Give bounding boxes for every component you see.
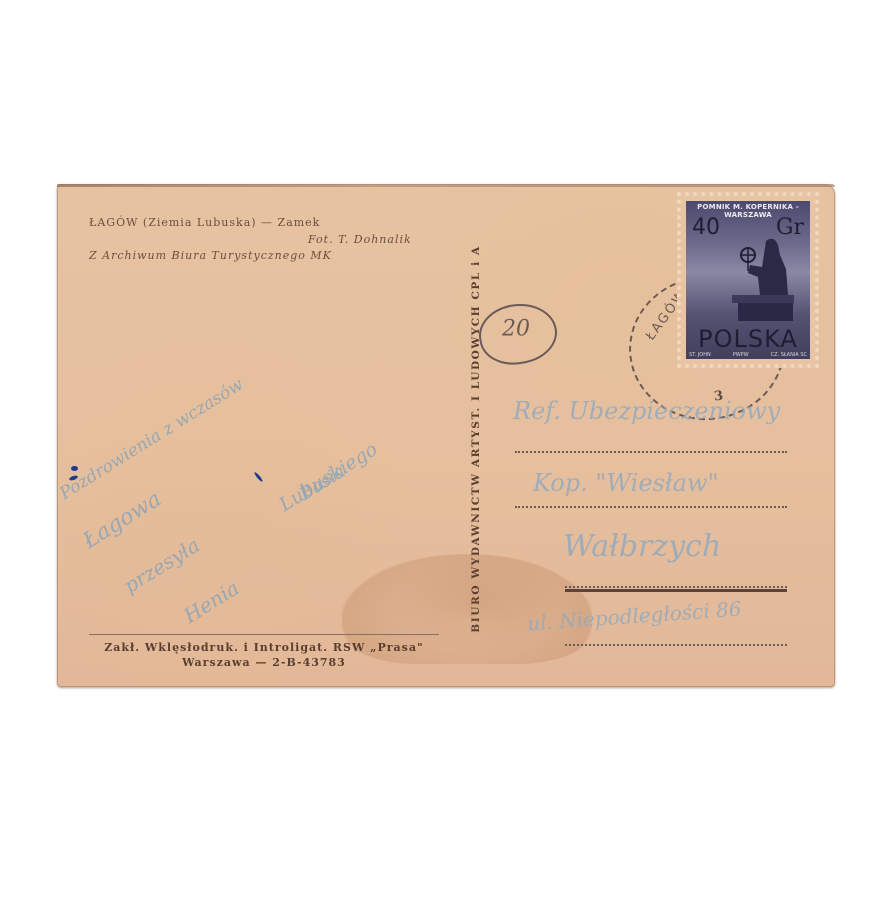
stamp-credit: CZ. SŁANIA SC — [771, 352, 807, 358]
printer-line: Zakł. Wklęsłodruk. i Introligat. RSW „Pr… — [89, 640, 439, 655]
address-line: Kop. "Wiesław" — [533, 469, 719, 497]
reference-mark: 20 — [474, 298, 561, 371]
reference-number: 20 — [502, 316, 530, 341]
stamp-image: POMNIK M. KOPERNIKA - WARSZAWA 40 Gr POL… — [686, 201, 810, 359]
address-rule — [565, 644, 787, 646]
divider — [89, 634, 439, 635]
ink-blot — [71, 466, 78, 471]
address-line: Wałbrzych — [563, 529, 721, 564]
printer-line: Warszawa — 2-B-43783 — [89, 655, 439, 670]
address-underline — [565, 589, 787, 592]
stamp-credit: PWPW — [733, 352, 749, 358]
message-line: Henia — [179, 576, 243, 628]
publisher-text: BIURO WYDAWNICTW ARTYST. I LUDOWYCH CPL … — [470, 245, 482, 632]
printer-imprint: Zakł. Wklęsłodruk. i Introligat. RSW „Pr… — [89, 640, 439, 670]
stamp-value: 40 — [692, 215, 720, 240]
address-line: Ref. Ubezpieczeniowy — [513, 397, 780, 425]
message-line: Pozdrowienia z wczasów — [56, 375, 247, 504]
caption-photographer: Fot. T. Dohnalik — [308, 233, 412, 246]
stamp-credit: ST. JOHN — [689, 352, 711, 358]
caption-title: ŁAGÓW (Ziemia Lubuska) — Zamek — [89, 216, 320, 229]
postage-stamp: POMNIK M. KOPERNIKA - WARSZAWA 40 Gr POL… — [677, 192, 819, 368]
message-line: Łagowa — [79, 487, 166, 554]
postcard: ŁAGÓW (Ziemia Lubuska) — Zamek Fot. T. D… — [57, 184, 835, 687]
address-rule — [515, 451, 787, 453]
caption-archive: Z Archiwum Biura Turystycznego MK — [89, 249, 332, 262]
ink-blot — [253, 471, 263, 482]
stamp-country: POLSKA — [690, 325, 806, 353]
address-rule — [515, 506, 787, 508]
message-line: przesyła — [119, 533, 204, 598]
copernicus-statue-icon — [728, 231, 798, 321]
address-rule — [565, 586, 787, 588]
publisher-imprint: BIURO WYDAWNICTW ARTYST. I LUDOWYCH CPL … — [467, 208, 485, 670]
card-edge — [57, 184, 835, 187]
stamp-credits: ST. JOHN PWPW CZ. SŁANIA SC — [689, 352, 807, 358]
